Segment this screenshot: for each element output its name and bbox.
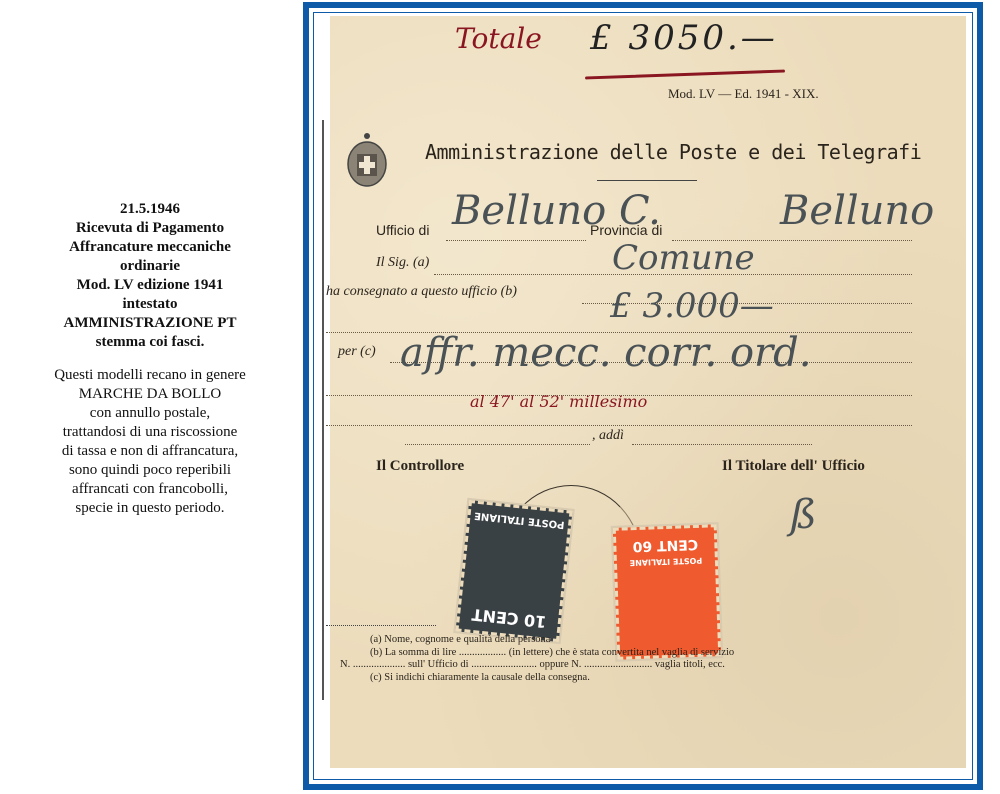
caption-description-line: specie in questo periodo.	[0, 499, 300, 518]
caption-title-line: AMMINISTRAZIONE PT	[0, 314, 300, 333]
margin-rule	[322, 120, 324, 700]
caption-title-line: Ricevuta di Pagamento	[0, 219, 300, 238]
sig-label: Il Sig. (a)	[376, 255, 429, 271]
provincia-label: Provincia di	[590, 222, 662, 238]
royal-crest-icon	[346, 130, 388, 190]
caption-description-line: sono quindi poco reperibili	[0, 461, 300, 480]
consegnato-label: ha consegnato a questo ufficio (b)	[326, 284, 517, 300]
caption-description-line: trattandosi di una riscossione	[0, 423, 300, 442]
ufficio-label: Ufficio di	[376, 222, 429, 238]
caption-title-line: Mod. LV edizione 1941	[0, 276, 300, 295]
consegnato-value: £ 3.000—	[610, 286, 774, 326]
addi-label: , addì	[592, 428, 624, 444]
caption-title-line: intestato	[0, 295, 300, 314]
header-rule	[597, 180, 697, 181]
caption-title-block: 21.5.1946Ricevuta di PagamentoAffrancatu…	[0, 200, 300, 352]
per-note: al 47' al 52' millesimo	[470, 392, 647, 411]
per-label: per (c)	[338, 344, 376, 360]
caption-description-line: MARCHE DA BOLLO	[0, 385, 300, 404]
caption-title-line: ordinarie	[0, 257, 300, 276]
form-code: Mod. LV — Ed. 1941 - XIX.	[668, 86, 819, 102]
signature-mark: ß	[790, 492, 817, 538]
stamp-10-cent: POSTE ITALIANE 10 CENT	[455, 500, 572, 642]
caption-title-line: stemma coi fasci.	[0, 333, 300, 352]
caption-title-line: Affrancature meccaniche	[0, 238, 300, 257]
total-label: Totale	[455, 22, 542, 55]
caption-description-line: affrancati con francobolli,	[0, 480, 300, 499]
titolare-label: Il Titolare dell' Ufficio	[722, 458, 865, 475]
provincia-value: Belluno	[780, 188, 934, 234]
caption-description-line: Questi modelli recano in genere	[0, 366, 300, 385]
sig-value: Comune	[612, 238, 755, 278]
caption-description: Questi modelli recano in genereMARCHE DA…	[0, 366, 300, 518]
footnotes: (a) Nome, cognome e qualità della person…	[340, 634, 734, 684]
caption-description-line: con annullo postale,	[0, 404, 300, 423]
caption-description-line: di tassa e non di affrancatura,	[0, 442, 300, 461]
document-header: Amministrazione delle Poste e dei Telegr…	[425, 140, 921, 164]
total-value: £ 3050.—	[590, 18, 778, 58]
caption-title-line: 21.5.1946	[0, 200, 300, 219]
per-value: affr. mecc. corr. ord.	[400, 330, 811, 376]
caption-panel: 21.5.1946Ricevuta di PagamentoAffrancatu…	[0, 200, 300, 518]
controllore-label: Il Controllore	[376, 458, 464, 475]
